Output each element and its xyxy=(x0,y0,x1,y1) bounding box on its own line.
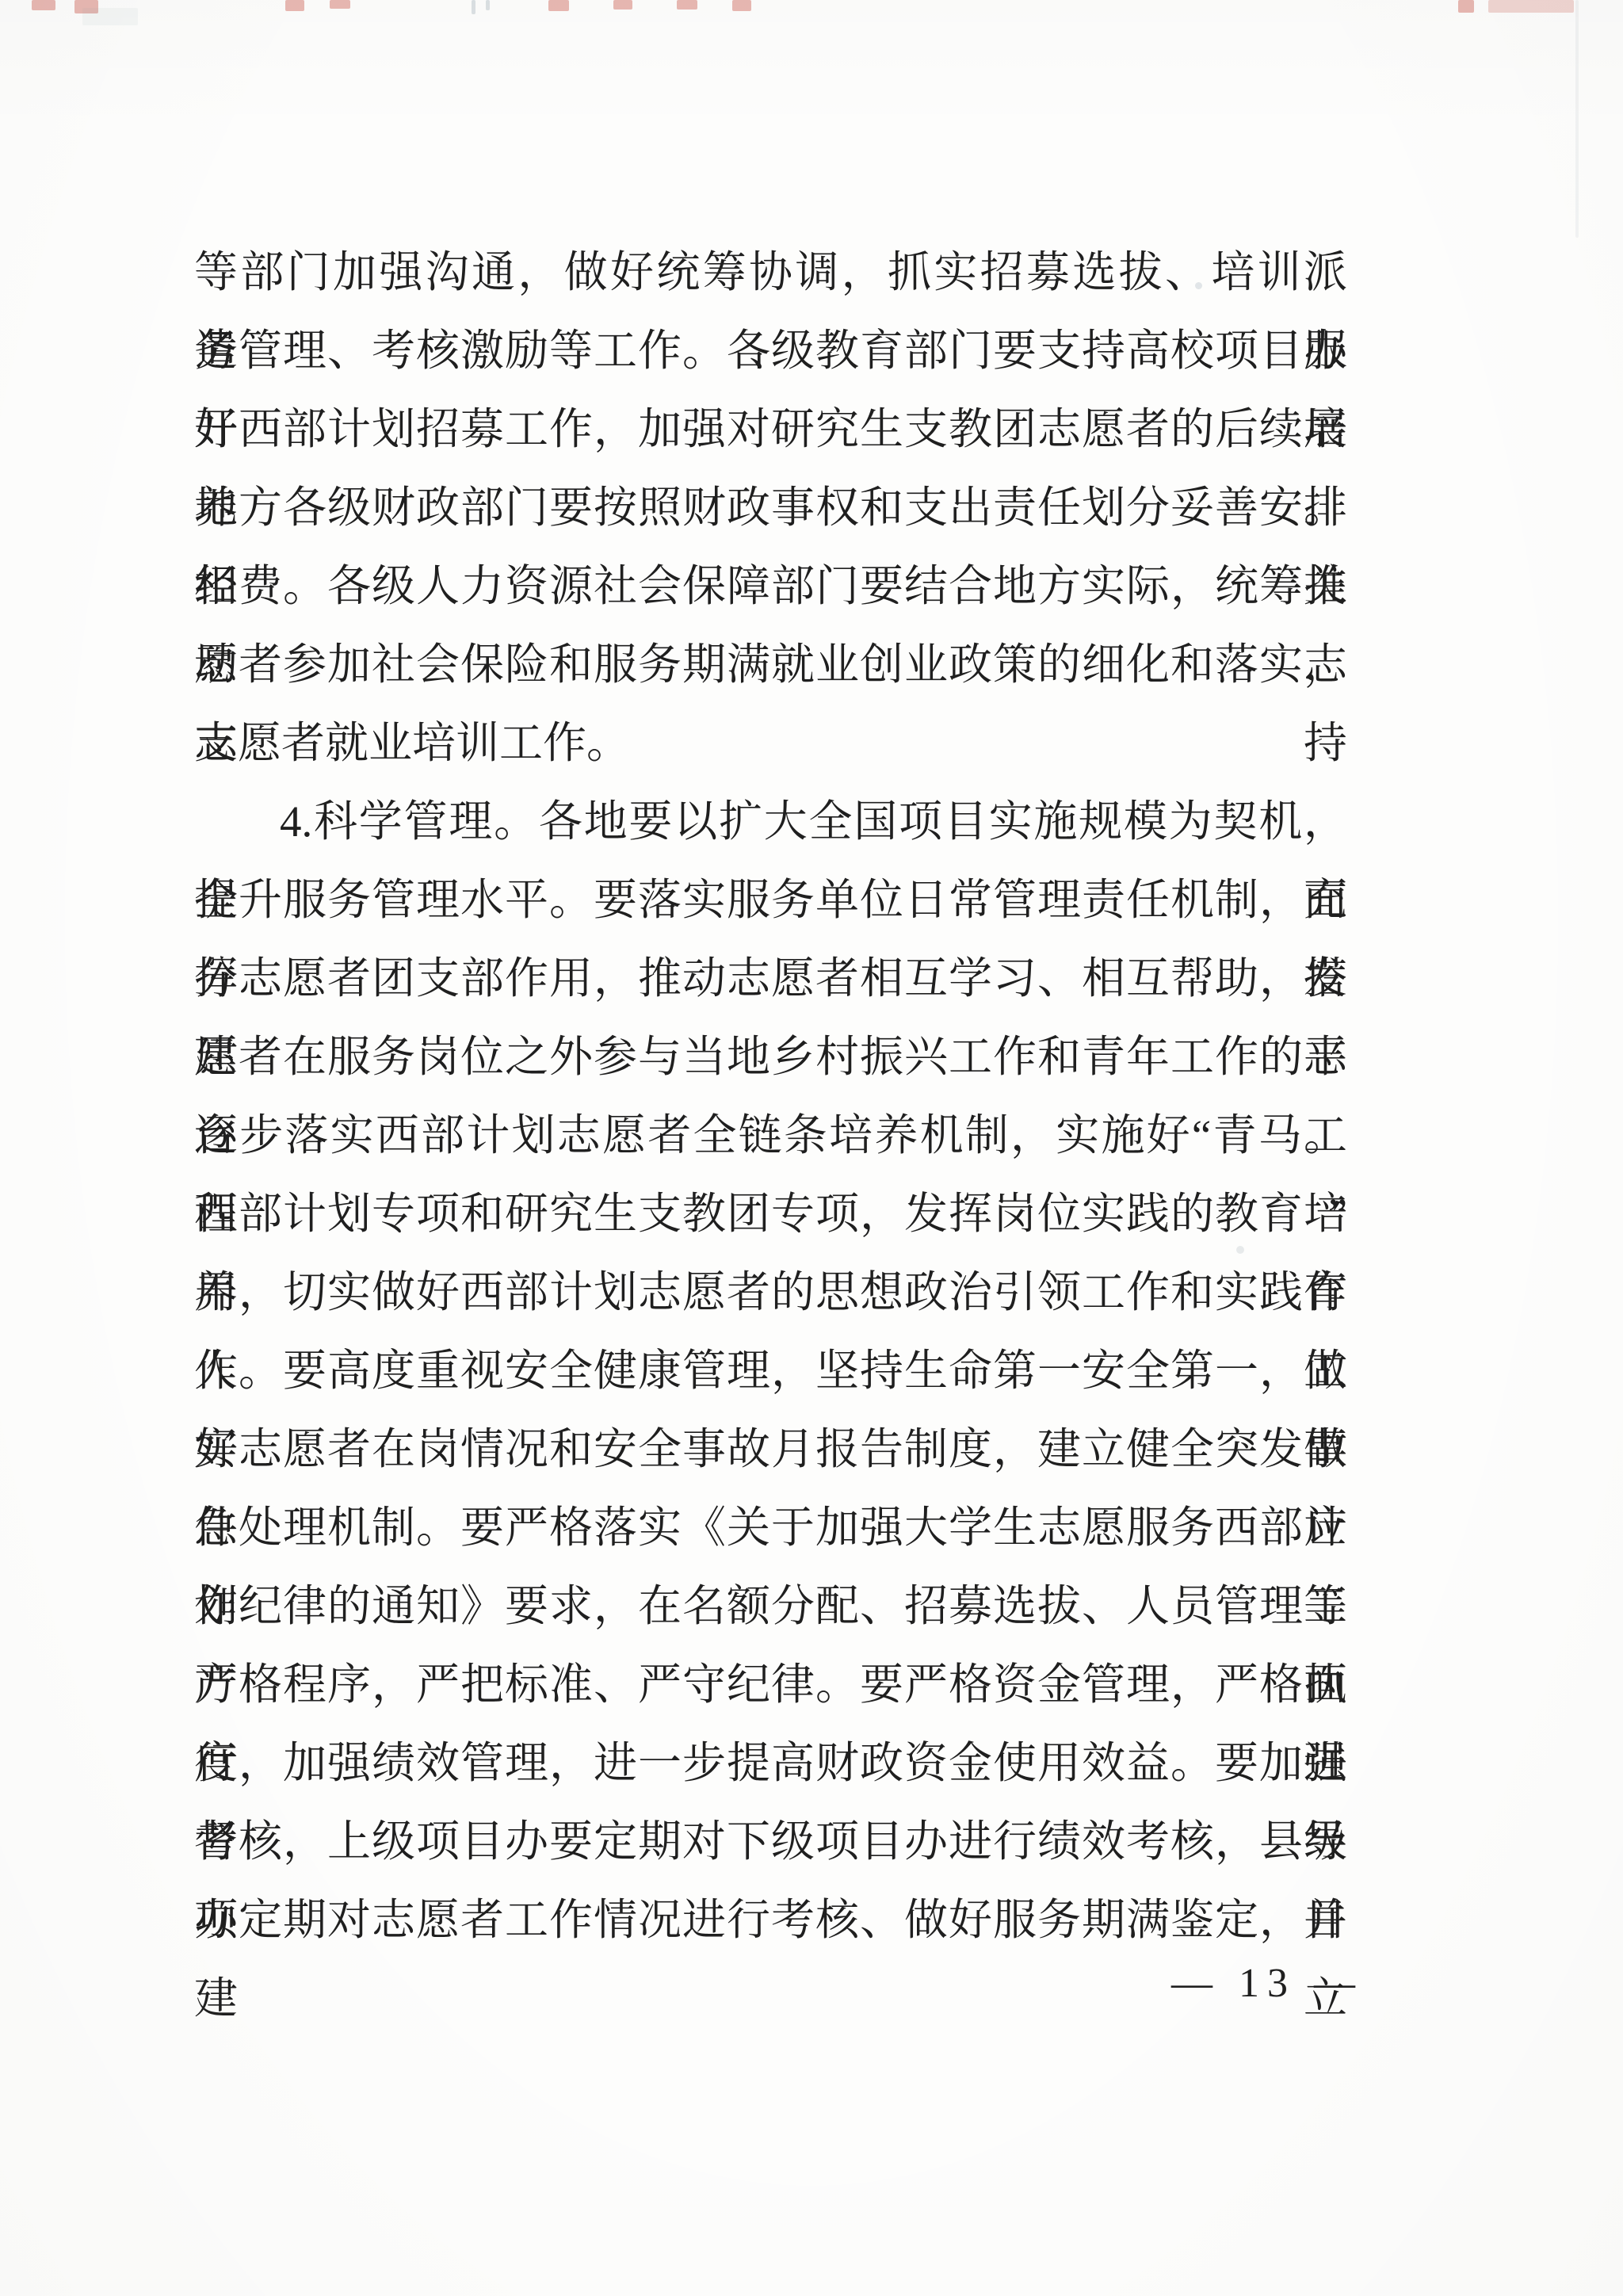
text-line: 用，切实做好西部计划志愿者的思想政治引领工作和实践育人工 xyxy=(194,1253,1347,1331)
scan-artifact xyxy=(330,0,350,9)
text-line: 度，加强绩效管理，进一步提高财政资金使用效益。要加强督导 xyxy=(194,1724,1347,1802)
text-line: 作纪律的通知》要求，在名额分配、招募选拔、人员管理等方面 xyxy=(194,1567,1347,1645)
text-line: 地方各级财政部门要按照财政事权和支出责任划分妥善安排相关 xyxy=(194,468,1347,547)
page-number: — 13 — xyxy=(1171,1956,1363,2011)
scan-artifact xyxy=(1488,0,1574,13)
text-line: 办定期对志愿者工作情况进行考核、做好服务期满鉴定，并建立 xyxy=(194,1881,1347,1959)
scan-artifact xyxy=(74,0,98,13)
text-line: 愿者在服务岗位之外参与当地乡村振兴工作和青年工作的平台。 xyxy=(194,1018,1347,1096)
scan-artifact xyxy=(1575,0,1579,238)
text-line: 急处理机制。要严格落实《关于加强大学生志愿服务西部计划工 xyxy=(194,1488,1347,1567)
scan-artifact xyxy=(1458,0,1474,13)
text-line: 考核，上级项目办要定期对下级项目办进行绩效考核，县级项目 xyxy=(194,1802,1347,1881)
scan-artifact xyxy=(486,0,490,10)
text-line: 等部门加强沟通，做好统筹协调，抓实招募选拔、培训派遣、服 xyxy=(194,233,1347,311)
scan-artifact xyxy=(548,0,569,11)
text-line-paragraph-start: 4.科学管理。各地要以扩大全国项目实施规模为契机，全面 xyxy=(194,782,1347,861)
text-line: 好志愿者在岗情况和安全事故月报告制度，建立健全突发事件应 xyxy=(194,1410,1347,1488)
scan-artifact xyxy=(32,0,55,10)
text-line: 务管理、考核激励等工作。各级教育部门要支持高校项目办开展 xyxy=(194,311,1347,390)
scan-artifact xyxy=(613,0,632,10)
text-line: 严格程序，严把标准、严守纪律。要严格资金管理，严格执行进 xyxy=(194,1645,1347,1724)
scan-artifact xyxy=(677,0,697,10)
text-line: 提升服务管理水平。要落实服务单位日常管理责任机制，充分发 xyxy=(194,861,1347,939)
text-line: 逐步落实西部计划志愿者全链条培养机制，实施好“青马工程” xyxy=(194,1096,1347,1175)
document-body: 等部门加强沟通，做好统筹协调，抓实招募选拔、培训派遣、服 务管理、考核激励等工作… xyxy=(194,233,1347,1959)
scan-artifact xyxy=(472,0,475,14)
scan-artifact xyxy=(732,0,751,11)
text-line: 经费。各级人力资源社会保障部门要结合地方实际，统筹推动志 xyxy=(194,547,1347,625)
scan-artifact xyxy=(82,8,138,25)
text-line: 西部计划专项和研究生支教团专项，发挥岗位实践的教育培养作 xyxy=(194,1175,1347,1253)
text-line: 愿者参加社会保险和服务期满就业创业政策的细化和落实，支持 xyxy=(194,625,1347,704)
scan-artifact xyxy=(285,0,304,11)
text-line: 挥志愿者团支部作用，推动志愿者相互学习、相互帮助，搭建志 xyxy=(194,939,1347,1018)
text-line: 好西部计划招募工作，加强对研究生支教团志愿者的后续培养。 xyxy=(194,390,1347,468)
text-line: 作。要高度重视安全健康管理，坚持生命第一安全第一，做实做 xyxy=(194,1331,1347,1410)
scanned-document-page: 等部门加强沟通，做好统筹协调，抓实招募选拔、培训派遣、服 务管理、考核激励等工作… xyxy=(0,0,1623,2296)
